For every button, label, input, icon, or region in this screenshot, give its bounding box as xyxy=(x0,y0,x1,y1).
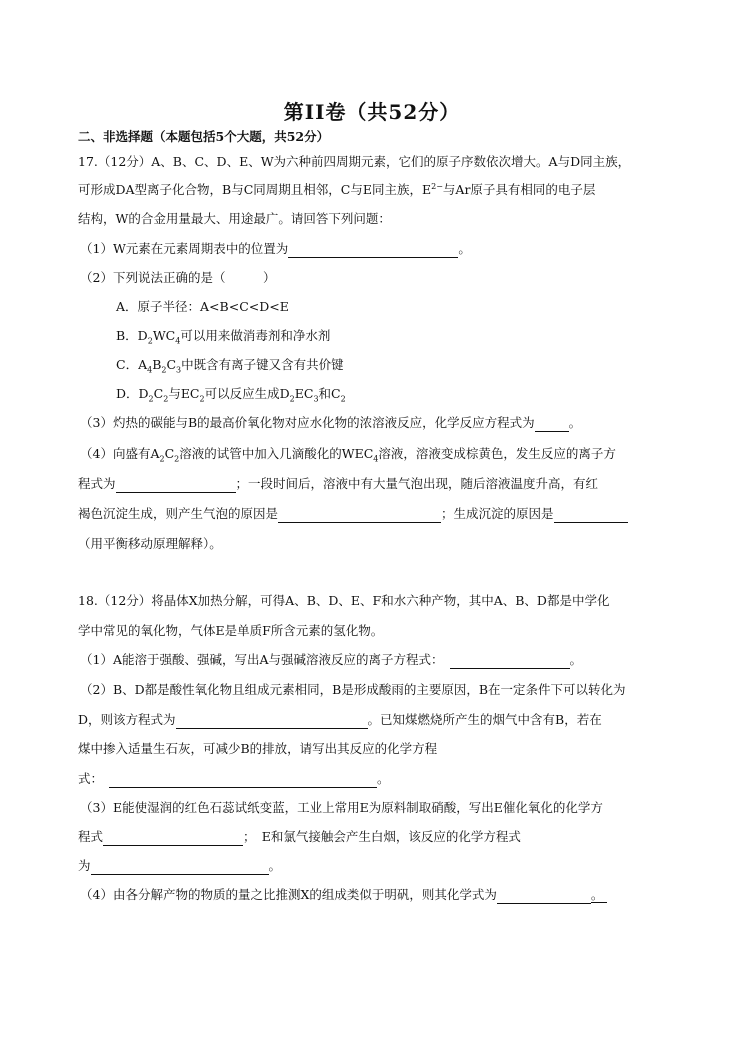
text: 程式 xyxy=(78,829,103,844)
text: 可以用来做消毒剂和净水剂 xyxy=(180,328,330,343)
q17-part-1-text: （1）W元素在元素周期表中的位置为 xyxy=(80,241,288,256)
answer-blank[interactable] xyxy=(116,478,236,493)
q18-part-2-line-3: 煤中掺入适量生石灰，可减少B的排放，请写出其反应的化学方程 xyxy=(78,740,437,758)
q17-intro-line-3: 结构，W的合金用量最大、用途最广。请回答下列问题： xyxy=(78,210,391,228)
text: 。已知煤燃烧所产生的烟气中含有B，若在 xyxy=(368,712,602,727)
option-d: D．D2C2与EC2可以反应生成D2EC3和C2 xyxy=(116,385,346,403)
text: 溶液的试管中加入几滴酸化的WEC xyxy=(179,446,373,461)
q17-part-4-line-1: （4）向盛有A2C2溶液的试管中加入几滴酸化的WEC4溶液，溶液变成棕黄色，发生… xyxy=(80,445,616,463)
answer-blank[interactable] xyxy=(91,860,269,875)
q17-part-4-line-3: 褐色沉淀生成，则产生气泡的原因是；生成沉淀的原因是 xyxy=(78,505,628,523)
page-title: 第II卷（共52分） xyxy=(0,96,744,125)
text: D．D xyxy=(116,386,149,401)
punct: 。 xyxy=(570,652,583,667)
text: （1）A能溶于强酸、强碱，写出A与强碱溶液反应的离子方程式： xyxy=(80,652,444,667)
q17-part-4-line-4: （用平衡移动原理解释）。 xyxy=(78,535,222,553)
q17-part-3: （3）灼热的碳能与B的最高价氧化物对应水化物的浓溶液反应，化学反应方程式为。 xyxy=(80,414,581,432)
q17-part-2: （2）下列说法正确的是（ ） xyxy=(80,269,275,287)
q18-part-3-line-1: （3）E能使湿润的红色石蕊试纸变蓝，工业上常用E为原料制取硝酸，写出E催化氧化的… xyxy=(80,799,603,817)
answer-blank[interactable] xyxy=(450,654,570,669)
q18-part-3-line-3: 为。 xyxy=(78,857,281,875)
text: WC xyxy=(153,328,175,343)
subscript: 2 xyxy=(341,395,346,404)
answer-blank[interactable] xyxy=(176,714,368,729)
answer-blank[interactable] xyxy=(497,889,591,904)
punct: 。 xyxy=(269,858,282,873)
q17-intro-line-2: 可形成DA型离子化合物，B与C同周期且相邻，C与E同主族，E2−与Ar原子具有相… xyxy=(78,181,595,199)
option-c: C．A4B2C3中既含有离子键又含有共价键 xyxy=(116,356,344,374)
text: 与EC xyxy=(168,386,199,401)
q18-part-2-line-1: （2）B、D都是酸性氧化物且组成元素相同，B是形成酸雨的主要原因，B在一定条件下… xyxy=(80,681,626,699)
text: 中既含有离子键又含有共价键 xyxy=(181,357,344,372)
text: （4）向盛有A xyxy=(80,446,159,461)
text: 和C xyxy=(319,386,341,401)
punct: 。 xyxy=(458,241,471,256)
text: B．D xyxy=(116,328,148,343)
q18-part-2-line-4: 式：。 xyxy=(78,770,390,788)
text: ； E和氯气接触会产生白烟，该反应的化学方程式 xyxy=(243,829,521,844)
text: 溶液，溶液变成棕黄色，发生反应的离子方 xyxy=(378,446,616,461)
text: C xyxy=(154,386,164,401)
answer-blank[interactable] xyxy=(288,243,458,258)
charge-superscript: 2− xyxy=(431,182,443,191)
q17-part-1: （1）W元素在元素周期表中的位置为。 xyxy=(80,240,471,258)
q17-intro-text-a: 可形成DA型离子化合物，B与C同周期且相邻，C与E同主族，E xyxy=(78,182,431,197)
exam-page: 第II卷（共52分） 二、非选择题（本题包括5个大题，共52分） 17.（12分… xyxy=(0,0,744,1052)
text: （4）由各分解产物的物质的量之比推测X的组成类似于明矾，则其化学式为 xyxy=(80,887,497,902)
text: C．A xyxy=(116,357,147,372)
q18-part-1: （1）A能溶于强酸、强碱，写出A与强碱溶液反应的离子方程式：。 xyxy=(80,651,582,669)
text: ；生成沉淀的原因是 xyxy=(441,506,554,521)
text: 为 xyxy=(78,858,91,873)
text: ；一段时间后，溶液中有大量气泡出现，随后溶液温度升高，有红 xyxy=(236,476,599,491)
section-header: 二、非选择题（本题包括5个大题，共52分） xyxy=(78,128,329,146)
text: 程式为 xyxy=(78,476,116,491)
text: 可以反应生成D xyxy=(205,386,290,401)
answer-blank[interactable] xyxy=(554,508,628,523)
q17-intro-line-1: 17.（12分）A、B、C、D、E、W为六种前四周期元素，它们的原子序数依次增大… xyxy=(78,153,630,171)
text: B xyxy=(152,357,161,372)
punct: 。 xyxy=(377,771,390,786)
answer-blank[interactable] xyxy=(109,773,377,788)
q17-part-3-text: （3）灼热的碳能与B的最高价氧化物对应水化物的浓溶液反应，化学反应方程式为 xyxy=(80,415,535,430)
q17-intro-text-b: 与Ar原子具有相同的电子层 xyxy=(443,182,596,197)
q18-part-3-line-2: 程式； E和氯气接触会产生白烟，该反应的化学方程式 xyxy=(78,828,521,846)
text: C xyxy=(165,446,175,461)
text: 褐色沉淀生成，则产生气泡的原因是 xyxy=(78,506,278,521)
q18-intro-line-2: 学中常见的氧化物，气体E是单质F所含元素的氢化物。 xyxy=(78,622,383,640)
punct: 。 xyxy=(569,415,582,430)
text: 式： xyxy=(78,771,103,786)
q18-part-4: （4）由各分解产物的物质的量之比推测X的组成类似于明矾，则其化学式为。 xyxy=(80,886,607,904)
answer-blank[interactable] xyxy=(103,831,243,846)
punct: 。 xyxy=(591,887,608,903)
answer-blank[interactable] xyxy=(278,508,441,523)
text: D，则该方程式为 xyxy=(78,712,176,727)
text: C xyxy=(166,357,176,372)
option-a: A．原子半径：A<B<C<D<E xyxy=(116,298,289,316)
text: EC xyxy=(295,386,314,401)
option-b: B．D2WC4可以用来做消毒剂和净水剂 xyxy=(116,327,330,345)
q17-part-4-line-2: 程式为；一段时间后，溶液中有大量气泡出现，随后溶液温度升高，有红 xyxy=(78,475,598,493)
q18-intro-line-1: 18.（12分）将晶体X加热分解，可得A、B、D、E、F和水六种产物，其中A、B… xyxy=(78,592,609,610)
answer-blank[interactable] xyxy=(535,417,569,432)
q18-part-2-line-2: D，则该方程式为。已知煤燃烧所产生的烟气中含有B，若在 xyxy=(78,711,602,729)
